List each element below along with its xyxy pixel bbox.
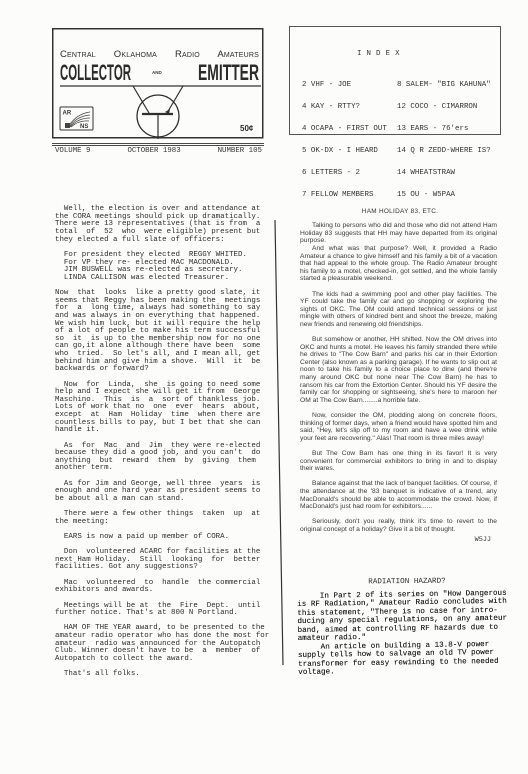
election-article: Well, the election is over and attendanc… bbox=[55, 206, 280, 686]
index-entry: 7 FELLOW MEMBERS bbox=[302, 192, 387, 199]
price-label: 50¢ bbox=[240, 124, 254, 133]
badge-bottom-text: NS bbox=[80, 124, 88, 130]
masthead-graphic: COLLECTOR AND EMITTER AR NS bbox=[52, 28, 264, 146]
issue-date: OCTOBER 1983 bbox=[127, 147, 180, 156]
article-paragraph: EARS is now a paid up member of CORA. bbox=[55, 534, 280, 542]
article-paragraph: But somehow or another, HH shifted. Now … bbox=[300, 336, 497, 404]
issue-info-bar: VOLUME 9 OCTOBER 1983 NUMBER 105 bbox=[52, 143, 264, 156]
radiation-hazard-body: In Part 2 of its series on "How Dangerou… bbox=[297, 589, 508, 677]
article-paragraph: Now that looks like a pretty good slate,… bbox=[55, 290, 280, 374]
article-paragraph: Talking to persons who did and those who… bbox=[300, 222, 497, 245]
masthead: COLLECTOR AND EMITTER AR NS bbox=[52, 28, 264, 139]
title-emitter: EMITTER bbox=[198, 60, 259, 85]
article-paragraph: HAM OF THE YEAR award, to be presented t… bbox=[55, 625, 280, 663]
article-paragraph: Seriously, don't you really, think it's … bbox=[300, 518, 497, 533]
index-entry: 5 OK-DX - I HEARD bbox=[302, 148, 387, 155]
index-title: I N D E X bbox=[357, 50, 400, 58]
ham-holiday-title: HAM HOLIDAY 83, ETC. bbox=[330, 208, 470, 216]
radiation-hazard-title: RADIATION HAZARD? bbox=[330, 577, 484, 587]
article-paragraph: And what was that purpose? Well, it prov… bbox=[300, 245, 497, 283]
article-paragraph: Balance against that the lack of banquet… bbox=[300, 480, 497, 510]
index-entry: 15 OU - W5PAA bbox=[397, 192, 491, 199]
org-name: Central Oklahoma Radio Amateurs bbox=[60, 49, 259, 60]
article-paragraph: Meetings will be at the Fire Dept. until… bbox=[55, 603, 280, 618]
article-paragraph: But The Cow Barn has one thing in its fa… bbox=[300, 450, 497, 473]
article-paragraph: Don volunteered ACARC for facilities at … bbox=[55, 549, 280, 572]
officers-list: For president they elected REGGY WHITED.… bbox=[55, 252, 280, 283]
author-signature: W5JJ bbox=[300, 537, 497, 545]
article-paragraph: As for Jim and George, well three years … bbox=[55, 481, 280, 504]
index-entry: 4 OCAPA - FIRST OUT bbox=[302, 126, 387, 133]
index-entry: 2 VHF - JOE bbox=[302, 82, 387, 89]
index-entry: 14 WHEATSTRAW bbox=[397, 170, 491, 177]
article-paragraph: Now, consider the OM, plodding along on … bbox=[300, 412, 497, 442]
article-paragraph: Mac volunteered to handle the commercial… bbox=[55, 580, 280, 595]
index-entry: 8 SALEM- "BIG KAHUNA" bbox=[397, 82, 491, 89]
index-box: I N D E X 2 VHF - JOE 4 KAY - RTTY? 4 OC… bbox=[289, 26, 501, 135]
index-entry: 12 COCO - CIMARRON bbox=[397, 104, 491, 111]
article-paragraph: Well, the election is over and attendanc… bbox=[55, 206, 280, 244]
title-collector: COLLECTOR bbox=[60, 60, 131, 85]
index-column-left: 2 VHF - JOE 4 KAY - RTTY? 4 OCAPA - FIRS… bbox=[302, 67, 387, 214]
volume-label: VOLUME 9 bbox=[55, 147, 90, 156]
article-paragraph: There were a few other things taken up a… bbox=[55, 511, 280, 526]
arns-badge-icon: AR NS bbox=[60, 107, 93, 130]
transistor-icon bbox=[133, 86, 183, 139]
ham-holiday-article: Talking to persons who did and those who… bbox=[300, 222, 497, 544]
article-paragraph: As for Mac and Jim they were re-elected … bbox=[55, 443, 280, 474]
newsletter-page: COLLECTOR AND EMITTER AR NS bbox=[0, 0, 528, 774]
index-entry: 6 LETTERS - 2 bbox=[302, 170, 387, 177]
index-entry: 4 KAY - RTTY? bbox=[302, 104, 387, 111]
article-closing: That's all folks. bbox=[55, 671, 280, 679]
badge-top-text: AR bbox=[63, 111, 72, 117]
article-paragraph: Now for Linda, she is going to need some… bbox=[55, 382, 280, 435]
title-and: AND bbox=[152, 70, 162, 75]
issue-number: NUMBER 105 bbox=[218, 147, 262, 156]
index-column-right: 8 SALEM- "BIG KAHUNA" 12 COCO - CIMARRON… bbox=[397, 67, 491, 214]
article-paragraph: The kids had a swimming pool and other p… bbox=[300, 291, 497, 329]
index-entry: 14 Q R ZEDD-WHERE IS? bbox=[397, 148, 491, 155]
index-entry: 13 EARS - 76'ers bbox=[397, 126, 491, 133]
